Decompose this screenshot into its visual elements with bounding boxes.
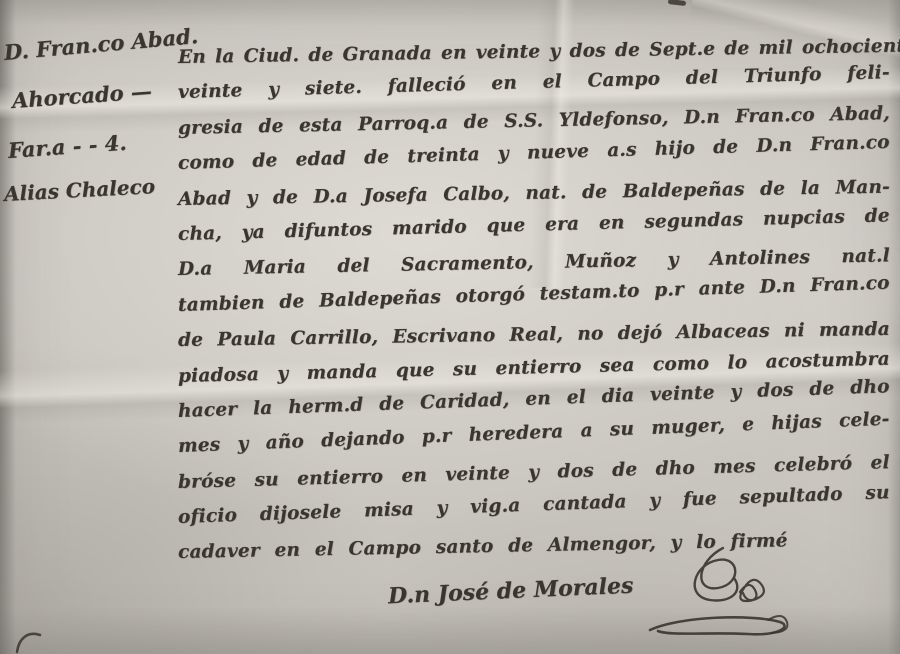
stray-ink-mark xyxy=(668,0,686,6)
margin-note-alias: Alias Chaleco xyxy=(3,174,155,206)
margin-note-number: Far.a - - 4. xyxy=(7,130,127,163)
margin-note-cause: Ahorcado — xyxy=(11,78,152,113)
manuscript-page: D. Fran.co Abad. Ahorcado — Far.a - - 4.… xyxy=(0,0,900,654)
signature-rubric-flourish xyxy=(628,542,813,652)
signature-name: D.n José de Morales xyxy=(388,573,634,610)
cut-off-pen-stroke xyxy=(14,628,48,654)
margin-note-name: D. Fran.co Abad. xyxy=(3,23,199,65)
record-body-text: En la Ciud. de Granada en veinte y dos d… xyxy=(178,40,890,571)
